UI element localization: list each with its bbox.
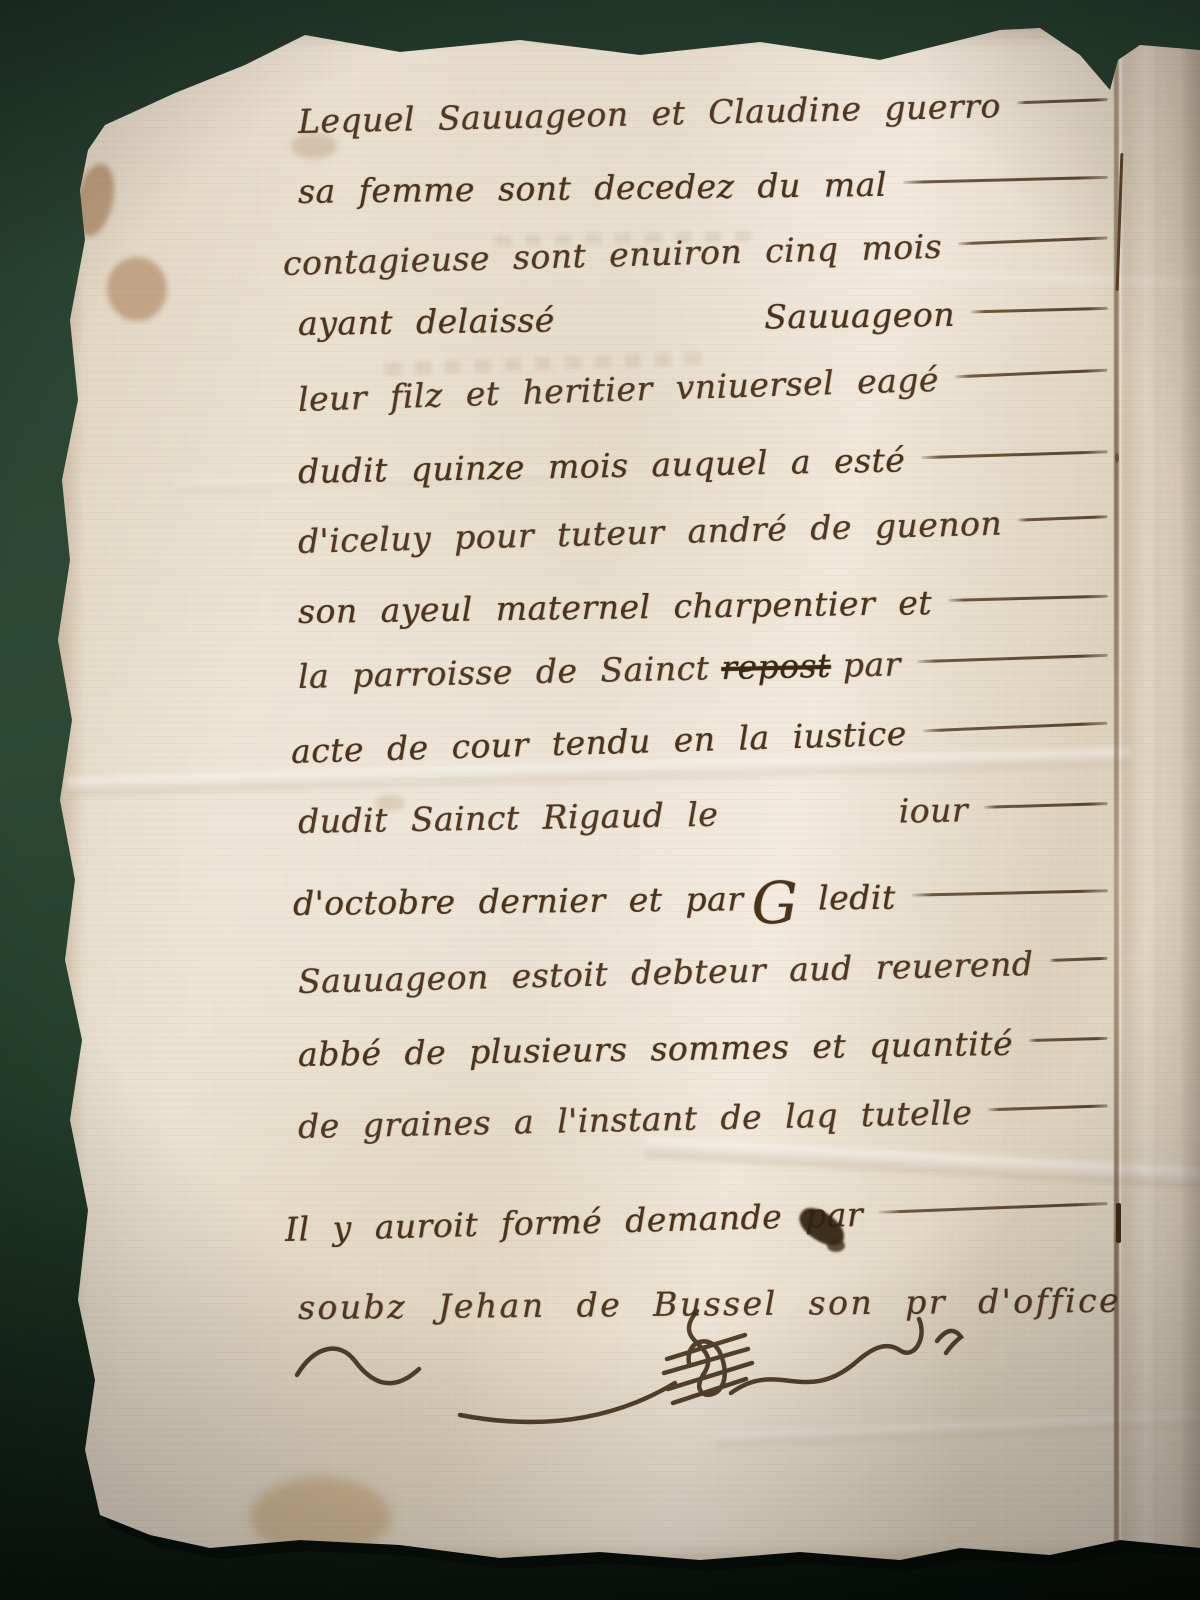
line-filler-dash	[921, 450, 1108, 459]
manuscript-line: contagieuse sont enuiron cinq mois	[282, 215, 1108, 291]
manuscript-line: leur filz et heritier vniuersel eagé	[297, 348, 1108, 427]
line-filler-dash	[958, 236, 1108, 245]
line-filler-dash	[988, 1104, 1108, 1111]
manuscript-line: ayant delaisséSauuageon	[298, 286, 1109, 351]
handwritten-text: son ayeul maternel charpentier et	[298, 585, 932, 630]
manuscript-line: Sauuageon estoit debteur aud reuerend	[297, 935, 1108, 1009]
handwritten-text: par	[842, 646, 901, 684]
line-filler-dash	[879, 1202, 1108, 1214]
line-filler-dash	[912, 889, 1108, 896]
signature-paraph	[285, 1297, 985, 1447]
manuscript-line: son ayeul maternel charpentier et	[298, 574, 1109, 639]
manuscript-paper: Lequel Sauuageon et Claudine guerrosa fe…	[55, 25, 1200, 1570]
handwritten-text: d'iceluy pour tuteur andré de guenon	[298, 505, 1003, 560]
line-filler-dash	[917, 653, 1108, 662]
manuscript-line: sa femme sont decedez du mal	[298, 155, 1109, 219]
handwritten-text: acte de cour tendu en la iustice	[290, 716, 907, 771]
manuscript-line: d'iceluy pour tuteur andré de guenon	[297, 494, 1108, 569]
paraph-long-wave	[460, 1383, 675, 1422]
handwritten-text: d'octobre dernier et par	[293, 881, 744, 922]
struck-out-word: repost	[721, 648, 831, 687]
handwritten-text: Il y auroit formé demande par	[285, 1197, 864, 1248]
word-gap	[718, 812, 898, 815]
manuscript-line: acte de cour tendu en la iustice	[290, 701, 1108, 779]
line-filler-dash	[948, 594, 1108, 601]
paraph-right-wave	[731, 1319, 961, 1393]
handwritten-text: dudit Sainct Rigaud le	[298, 797, 719, 841]
line-filler-dash	[971, 306, 1108, 313]
handwritten-text: dudit quinze mois auquel a esté	[298, 442, 906, 490]
stitch-thread	[1116, 1203, 1121, 1243]
handwritten-text: contagieuse sont enuiron cinq mois	[283, 229, 943, 283]
line-filler-dash	[984, 802, 1108, 809]
handwritten-text: iour	[898, 792, 968, 830]
manuscript-line: Lequel Sauuageon et Claudine guerro	[297, 77, 1108, 149]
handwritten-text: de graines a l'instant de laq tutelle	[298, 1095, 973, 1145]
handwritten-text: Sauuageon estoit debteur aud reuerend	[298, 946, 1034, 1000]
handwritten-text: Lequel Sauuageon et Claudine guerro	[298, 88, 1002, 140]
handwritten-text: Sauuageon	[764, 297, 955, 336]
line-filler-dash	[1017, 98, 1108, 104]
manuscript-line: dudit Sainct Rigaud leiour	[298, 781, 1109, 849]
manuscript-line: de graines a l'instant de laq tutelle	[297, 1083, 1108, 1154]
manuscript-line: abbé de plusieurs sommes et quantité	[298, 1015, 1109, 1082]
line-filler-dash	[1018, 515, 1108, 521]
line-filler-dash	[922, 721, 1107, 732]
line-filler-dash	[1029, 1036, 1108, 1041]
manuscript-photo: Lequel Sauuageon et Claudine guerrosa fe…	[0, 0, 1200, 1600]
handwritten-text: sa femme sont decedez du mal	[298, 167, 887, 210]
line-filler-dash	[955, 368, 1108, 378]
handwritten-text: ayant delaissé	[298, 302, 555, 342]
handwritten-text: abbé de plusieurs sommes et quantité	[298, 1026, 1014, 1074]
manuscript-line: Il y auroit formé demande par	[284, 1181, 1108, 1257]
line-filler-dash	[1049, 956, 1108, 961]
paraph-left-squiggle	[297, 1349, 419, 1384]
handwritten-text: G	[751, 875, 798, 933]
line-filler-dash	[903, 175, 1108, 183]
handwritten-text: ledit	[818, 880, 896, 917]
manuscript-line: dudit quinze mois auquel a esté	[297, 429, 1108, 499]
manuscript-line: la parroisse de Sainctrepostpar	[297, 633, 1108, 704]
handwritten-text: la parroisse de Sainct	[298, 650, 710, 695]
word-gap	[555, 317, 764, 320]
ink-blot	[827, 1239, 845, 1252]
handwritten-text: leur filz et heritier vniuersel eagé	[297, 362, 939, 418]
stitch-knot	[1115, 453, 1119, 463]
manuscript-line: d'octobre dernier et parGledit	[293, 868, 1109, 931]
